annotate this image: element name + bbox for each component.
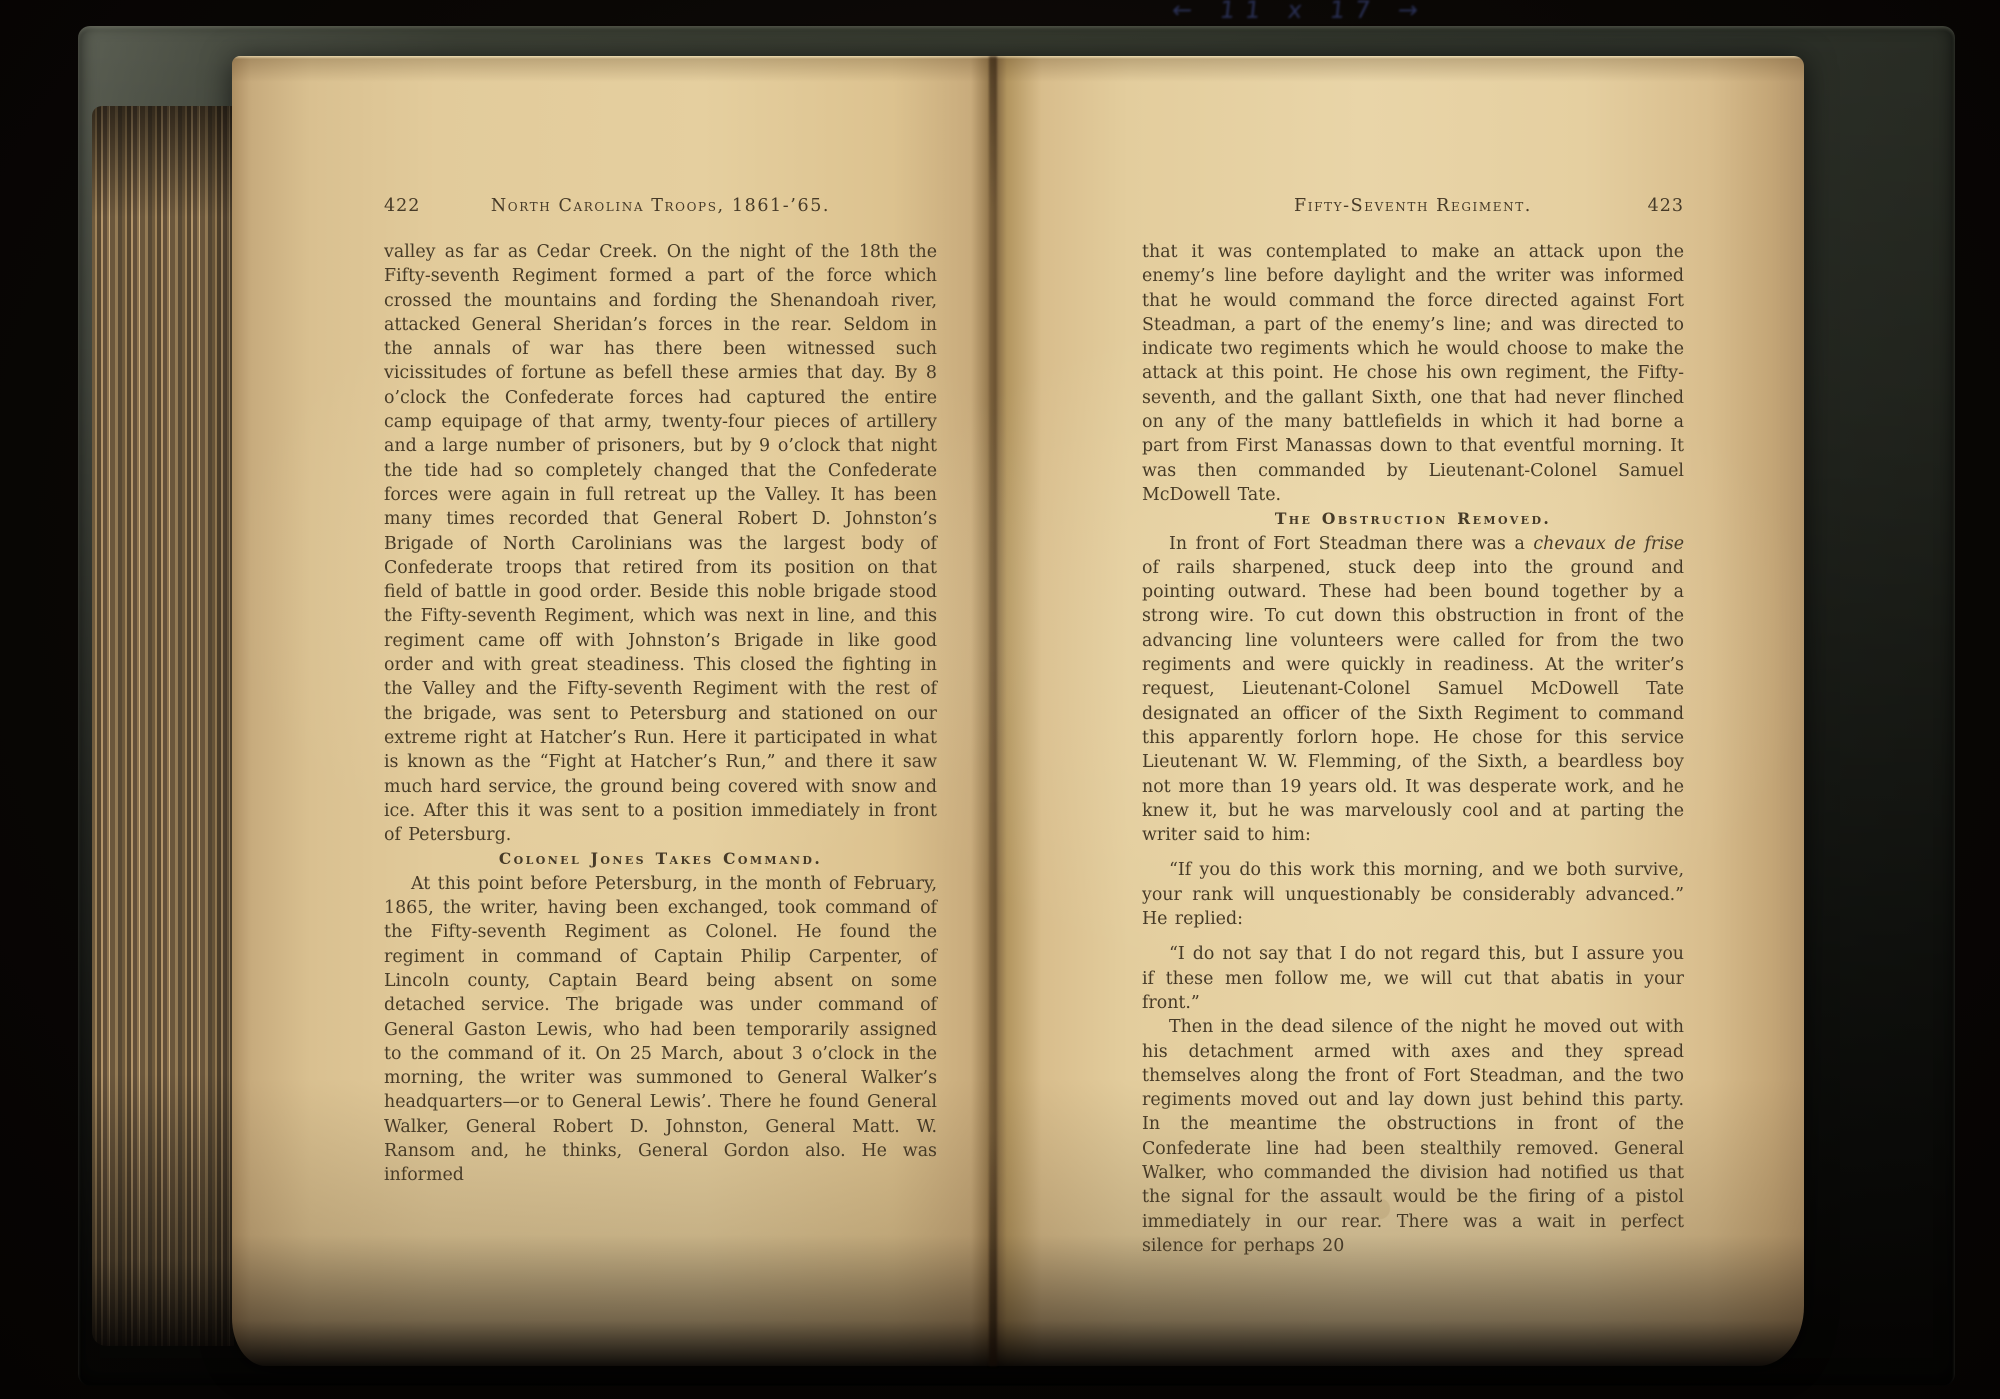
open-book-spread: 422 North Carolina Troops, 1861-’65. val… bbox=[232, 56, 1804, 1366]
running-head-left: 422 North Carolina Troops, 1861-’65. bbox=[384, 196, 937, 224]
page-number-left: 422 bbox=[384, 196, 420, 216]
page-right: Fifty-Seventh Regiment. 423 that it was … bbox=[1142, 196, 1684, 1258]
paragraph-text: In front of Fort Steadman there was a bbox=[1169, 534, 1533, 554]
page-left-body: valley as far as Cedar Creek. On the nig… bbox=[384, 240, 937, 1188]
section-heading: Colonel Jones Takes Command. bbox=[384, 847, 937, 871]
quote-paragraph: “If you do this work this morning, and w… bbox=[1142, 858, 1684, 931]
paragraph: Then in the dead silence of the night he… bbox=[1142, 1015, 1684, 1258]
paragraph: valley as far as Cedar Creek. On the nig… bbox=[384, 240, 937, 847]
italic-phrase: chevaux de frise bbox=[1533, 534, 1684, 554]
paragraph-text: of rails sharpened, stuck deep into the … bbox=[1142, 558, 1684, 845]
blue-chalk-annotation: ← 11 x 17 → bbox=[1059, 0, 1542, 24]
section-heading: The Obstruction Removed. bbox=[1142, 507, 1684, 531]
paragraph: In front of Fort Steadman there was a ch… bbox=[1142, 532, 1684, 848]
book-gutter bbox=[989, 56, 997, 1366]
page-right-body: that it was contemplated to make an atta… bbox=[1142, 240, 1684, 1258]
paragraph: At this point before Petersburg, in the … bbox=[384, 872, 937, 1188]
page-number-right: 423 bbox=[1648, 196, 1684, 216]
photo-background: ← 11 x 17 → 422 North Carolina Troops, 1… bbox=[0, 0, 2000, 1399]
paragraph: that it was contemplated to make an atta… bbox=[1142, 240, 1684, 507]
running-title-left: North Carolina Troops, 1861-’65. bbox=[384, 196, 937, 216]
running-title-right: Fifty-Seventh Regiment. bbox=[1142, 196, 1684, 216]
quote-paragraph: “I do not say that I do not regard this,… bbox=[1142, 942, 1684, 1015]
page-edges-right bbox=[1800, 56, 1936, 1348]
page-edges-left bbox=[92, 106, 234, 1346]
running-head-right: Fifty-Seventh Regiment. 423 bbox=[1142, 196, 1684, 224]
page-left: 422 North Carolina Troops, 1861-’65. val… bbox=[384, 196, 937, 1188]
